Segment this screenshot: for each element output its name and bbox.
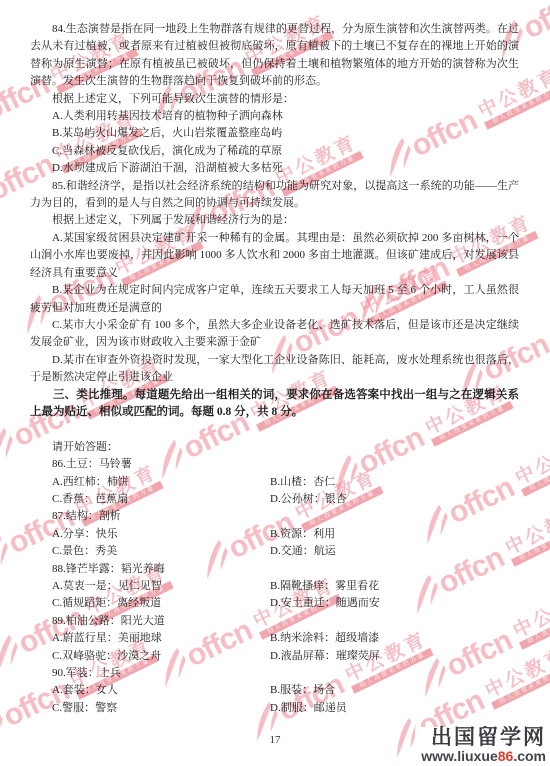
- analogy-question-stem: 90.军装：士兵: [30, 665, 519, 682]
- section-three-header: 三、类比推理。每道题先给出一组相关的词，要求你在备选答案中找出一组与之在逻辑关系…: [30, 387, 519, 422]
- answer-option: D.液晶屏幕：璀璨荧屏: [270, 648, 380, 665]
- option-row: C.双峰骆驼：沙漠之舟D.液晶屏幕：璀璨荧屏: [30, 648, 519, 665]
- answer-option: D.某市在审查外资投资时发现，一家大型化工企业设备陈旧、能耗高，废水处理系统也很…: [30, 352, 519, 387]
- option-row: A.西红柿：柿饼B.山楂：杏仁: [30, 474, 519, 491]
- answer-option: C.警服：警察: [30, 700, 117, 717]
- answer-option: D.水坝建成后下游湖泊干涸，沿湖植被大多枯死: [30, 160, 519, 177]
- answer-option: B.资源：利用: [270, 526, 335, 543]
- answer-option: D.制服：邮递员: [270, 700, 347, 717]
- option-row: A.莫衷一是：见仁见智B.隔靴搔痒：雾里看花: [30, 578, 519, 595]
- answer-option: A.西红柿：柿饼: [30, 474, 129, 491]
- answer-option: B.某岛屿火山爆发之后，火山岩浆覆盖整座岛屿: [30, 125, 519, 142]
- answer-option: B.山楂：杏仁: [270, 474, 335, 491]
- answer-option: C.双峰骆驼：沙漠之舟: [30, 648, 161, 665]
- answer-option: D.交通：航运: [270, 543, 336, 560]
- answer-option: A.分享：快乐: [30, 526, 118, 543]
- answer-option: C.景色：秀美: [30, 543, 117, 560]
- answer-option: B.某企业为在规定时间内完成客户定单，连续五天要求工人每天加班 5 至 6 个小…: [30, 282, 519, 317]
- offcn-tagline-bar: 给人改变未来的力量: [519, 603, 550, 649]
- site-url-prefix: www.liuxue: [421, 748, 498, 764]
- analogy-question-stem: 89.柏油公路：阳光大道: [30, 613, 519, 630]
- answer-option: B.纳米涂料：超级墙漆: [270, 630, 379, 647]
- definition-questions: 84.生态演替是指在同一地段上生物群落有规律的更替过程，分为原生演替和次生演替两…: [30, 21, 519, 387]
- question-prompt: 根据上述定义，下列可能导致次生演替的情形是：: [30, 91, 519, 108]
- offcn-logo-text: offcn: [519, 0, 550, 45]
- offcn-swoosh-icon: [0, 533, 16, 576]
- option-row: C.景色：秀美D.交通：航运: [30, 543, 519, 560]
- analogy-question-stem: 86.土豆：马铃薯: [30, 456, 519, 473]
- question-prompt: 根据上述定义，下列属于发展和谐经济行为的是：: [30, 212, 519, 229]
- site-logo: 出国留学网 www.liuxue86.com: [415, 727, 546, 764]
- answer-option: D.安土重迁：随遇而安: [270, 595, 380, 612]
- answer-option: A.莫衷一是：见仁见智: [30, 578, 162, 595]
- site-url-suffix: .com: [513, 748, 546, 764]
- option-row: C.警服：警察D.制服：邮递员: [30, 700, 519, 717]
- option-row: C.香蕉：芭蕉扇D.公孙树：银杏: [30, 491, 519, 508]
- site-url: www.liuxue86.com: [421, 749, 546, 764]
- question-stem: 85.和谐经济学，是指以社会经济系统的结构和功能为研究对象，以提高这一系统的功能…: [30, 178, 519, 213]
- answer-option: A.蔚蓝行星：美丽地球: [30, 630, 162, 647]
- option-row: A.分享：快乐B.资源：利用: [30, 526, 519, 543]
- answer-option: C.香蕉：芭蕉扇: [30, 491, 128, 508]
- analogy-questions: 86.土豆：马铃薯A.西红柿：柿饼B.山楂：杏仁C.香蕉：芭蕉扇D.公孙树：银杏…: [30, 456, 519, 717]
- question-stem: 84.生态演替是指在同一地段上生物群落有规律的更替过程，分为原生演替和次生演替两…: [30, 21, 519, 91]
- exam-paper-page: offcn中公教育给人改变未来的力量offcn中公教育给人改变未来的力量offc…: [0, 0, 550, 766]
- analogy-question-stem: 87.结构：剖析: [30, 508, 519, 525]
- option-row: C.循规蹈矩：离经叛道D.安土重迁：随遇而安: [30, 595, 519, 612]
- option-row: A.蔚蓝行星：美丽地球B.纳米涂料：超级墙漆: [30, 630, 519, 647]
- answer-option: C.当森林被反复砍伐后，演化成为了稀疏的草原: [30, 143, 519, 160]
- option-row: A.套装：女人B.服装：场合: [30, 682, 519, 699]
- offcn-swoosh-icon: [0, 426, 21, 469]
- offcn-tagline-bar: 给人改变未来的力量: [521, 450, 550, 496]
- answer-option: B.服装：场合: [270, 682, 335, 699]
- answer-option: B.隔靴搔痒：雾里看花: [270, 578, 379, 595]
- answer-option: A.套装：女人: [30, 682, 118, 699]
- offcn-swoosh-icon: [0, 633, 26, 676]
- site-name: 出国留学网: [421, 727, 546, 749]
- exam-content: 84.生态演替是指在同一地段上生物群落有规律的更替过程，分为原生演替和次生演替两…: [30, 21, 519, 717]
- answer-option: A.某国家级贫困县决定建矿开采一种稀有的金属。其理由是：虽然必须砍掉 200 多…: [30, 230, 519, 282]
- answer-option: C.循规蹈矩：离经叛道: [30, 595, 161, 612]
- site-url-highlight: 86: [498, 748, 514, 764]
- answer-option: A.人类利用转基因技术培育的植物种子洒向森林: [30, 108, 519, 125]
- answer-option: D.公孙树：银杏: [270, 491, 347, 508]
- answer-option: C.某市大小采金矿有 100 多个，虽然大多企业设备老化、选矿技术落后，但是该市…: [30, 317, 519, 352]
- start-answering-prompt: 请开始答题：: [30, 439, 519, 456]
- analogy-question-stem: 88.锋芒毕露：韬光养晦: [30, 561, 519, 578]
